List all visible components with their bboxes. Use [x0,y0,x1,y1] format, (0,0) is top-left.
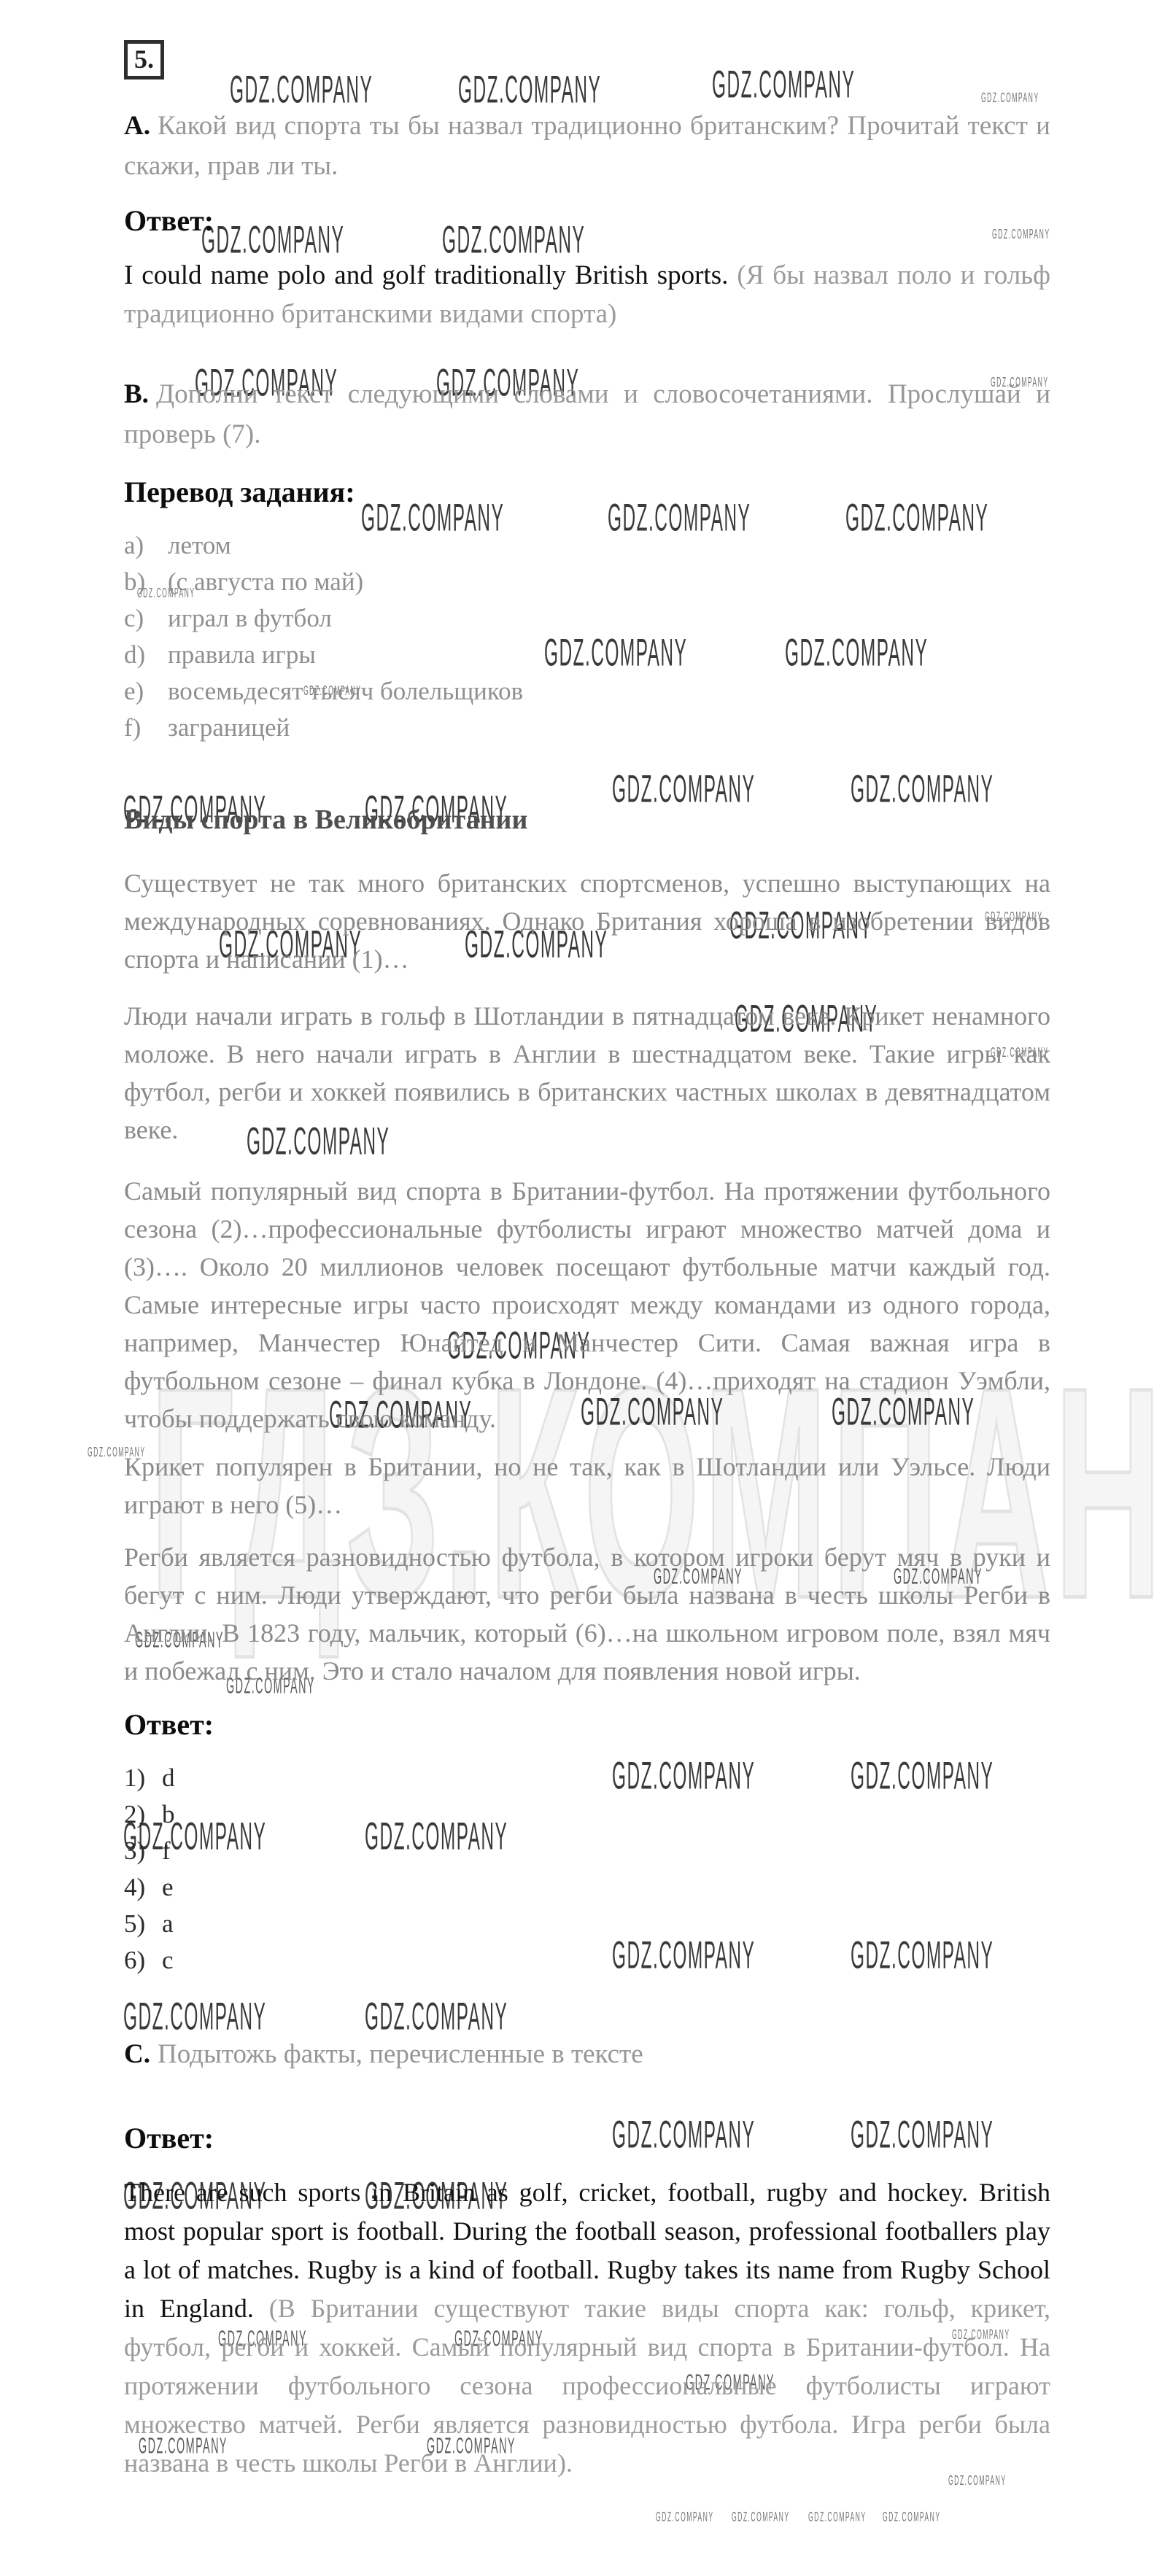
answers-list: 1)d 2)b 3)f 4)e 5)a 6)c [124,1760,1050,1979]
translation-label: Перевод задания: [124,476,1050,508]
answer-row: 6)c [124,1942,1050,1979]
watermark: GDZ.COMPANY [808,2509,867,2525]
page-content: 5. А.Какой вид спорта ты бы назвал тради… [124,40,1050,2483]
answer-row: 4)e [124,1869,1050,1906]
option-text: летом [168,531,231,559]
reading-paragraph: Существует не так много британских спорт… [124,864,1050,978]
answer-a-english: I could name polo and golf traditionally… [124,260,728,290]
answer-a: I could name polo and golf traditionally… [124,256,1050,333]
option-item: e)восемьдесят тысяч болельщиков [124,673,1050,710]
option-list: a)летом b)(с августа по май) c)играл в ф… [124,527,1050,746]
option-item: f)заграницей [124,710,1050,746]
answer-number: 1) [124,1760,162,1796]
section-a-label: А. [124,111,150,141]
option-key: f) [124,710,168,746]
option-key: d) [124,637,168,673]
option-key: b) [124,564,168,600]
option-text: правила игры [168,640,316,669]
reading-paragraph: Самый популярный вид спорта в Британии-ф… [124,1172,1050,1438]
answer-row: 1)d [124,1760,1050,1796]
option-text: играл в футбол [168,604,332,632]
answer-letter: c [162,1946,174,1974]
answer-letter: a [162,1909,174,1938]
answer-row: 3)f [124,1833,1050,1869]
option-key: a) [124,527,168,564]
section-b-task: В.Дополни текст следующими словами и сло… [124,374,1050,454]
watermark: GDZ.COMPANY [732,2509,790,2525]
section-c-label: С. [124,2039,150,2069]
answer-number: 3) [124,1833,162,1869]
answer-number: 5) [124,1906,162,1942]
watermark: GDZ.COMPANY [883,2509,941,2525]
task-number-box: 5. [124,40,164,79]
option-item: a)летом [124,527,1050,564]
answer-number: 4) [124,1869,162,1906]
section-c-task: С.Подытожь факты, перечисленные в тексте [124,2034,1050,2074]
reading-paragraph: Регби является разновидностью футбола, в… [124,1538,1050,1690]
reading-paragraph: Люди начали играть в гольф в Шотландии в… [124,997,1050,1149]
option-key: c) [124,600,168,637]
option-key: e) [124,673,168,710]
answer-label-c: Ответ: [124,2122,1050,2154]
answer-c-russian: (В Британии существуют такие виды спорта… [124,2294,1050,2478]
option-text: восемьдесят тысяч болельщиков [168,677,523,705]
option-item: d)правила игры [124,637,1050,673]
answer-label-a: Ответ: [124,205,1050,237]
answer-number: 2) [124,1796,162,1833]
answer-letter: f [162,1836,171,1865]
answer-c: There are such sports in Britain as golf… [124,2173,1050,2483]
answer-letter: d [162,1764,175,1792]
option-item: b)(с августа по май) [124,564,1050,600]
answer-letter: b [162,1800,175,1828]
document-page: ГДЗ.КОМПАНИ GDZ.COMPANYGDZ.COMPANYGDZ.CO… [0,0,1154,2576]
section-a-task-text: Какой вид спорта ты бы назвал традиционн… [124,111,1050,181]
option-text: (с августа по май) [168,567,363,596]
section-a-task: А.Какой вид спорта ты бы назвал традицио… [124,106,1050,186]
option-item: c)играл в футбол [124,600,1050,637]
reading-paragraph: Крикет популярен в Британии, но не так, … [124,1448,1050,1524]
answer-row: 5)a [124,1906,1050,1942]
answer-number: 6) [124,1942,162,1979]
answer-letter: e [162,1873,174,1901]
section-b-task-text: Дополни текст следующими словами и слово… [124,379,1050,449]
option-text: заграницей [168,713,290,742]
section-b-label: В. [124,379,149,409]
answer-label-b: Ответ: [124,1709,1050,1741]
reading-title: Виды спорта в Великобритании [124,803,1050,837]
section-c-task-text: Подытожь факты, перечисленные в тексте [158,2039,643,2069]
answer-row: 2)b [124,1796,1050,1833]
watermark: GDZ.COMPANY [656,2509,714,2525]
